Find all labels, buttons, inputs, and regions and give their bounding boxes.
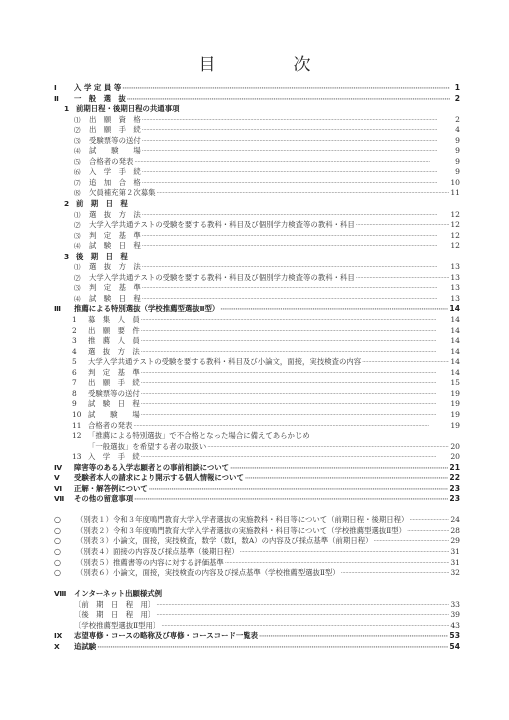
toc-entry[interactable]: 9試 験 日 程19 [54,399,460,410]
toc-entry-page-number: 29 [450,536,460,547]
toc-entry-label: （別表６）小論文，面接，実技検査の内容及び採点基準（学校推薦型選抜Ⅱ型） [76,568,340,579]
circle-bullet-icon: ○ [54,547,76,558]
toc-entry-number: 5 [72,357,88,368]
toc-entry[interactable]: ⑸合格者の発表9 [54,157,460,168]
toc-entry-label: 大学入学共通テストの受験を要する教科・科目及び個別学力検査等の教科・科目 [89,220,355,231]
toc-entry[interactable]: 〔前 期 日 程 用〕33 [54,600,460,611]
toc-entry-number: 9 [72,399,88,410]
circle-bullet-icon: ○ [54,515,76,526]
circle-bullet-icon: ○ [54,536,76,547]
toc-entry-label: 判 定 基 準 [89,231,141,242]
toc-entry-page-number: 9 [451,167,460,178]
toc-entry-label: 試 験 日 程 [89,294,141,305]
toc-entry-number: 8 [72,389,88,400]
toc-entry-number: Ⅹ [54,642,74,653]
toc-entry[interactable]: ⑴選 抜 方 法12 [54,210,460,221]
toc-entry-page-number: 20 [450,452,460,463]
toc-entry[interactable]: ⑶判 定 基 準12 [54,231,460,242]
toc-entry-page-number: 43 [450,621,460,632]
toc-entry-page-number: 14 [450,357,460,368]
toc-entry[interactable]: 2出 願 要 件14 [54,326,460,337]
toc-entry-number: Ⅵ [54,484,74,495]
toc-entry[interactable]: 5大学入学共通テストの受験を要する教科・科目及び小論文，面接，実技検査の内容14 [54,357,460,368]
toc-entry[interactable]: Ⅰ入 学 定 員 等1 [54,83,460,94]
toc-entry-page-number: 54 [449,642,460,653]
toc-entry[interactable]: 〔後 期 日 程 用〕39 [54,610,460,621]
toc-entry-number: Ⅷ [54,589,74,600]
toc-entry-page-number: 23 [449,484,460,495]
toc-entry[interactable]: ○（別表２）令和３年度鳴門教育大学入学者選抜の実施教科・科目等について（学校推薦… [54,526,460,537]
toc-entry-label: 募 集 人 員 [88,315,140,326]
title-char-1: 目 [199,50,216,75]
toc-entry-page-number: 4 [451,125,460,136]
toc-entry-label: （別表２）令和３年度鳴門教育大学入学者選抜の実施教科・科目等について（学校推薦型… [76,526,406,537]
toc-entry[interactable]: ⑶受験票等の送付9 [54,136,460,147]
toc-entry-page-number: 32 [450,568,460,579]
toc-entry-label: 合格者の発表 [89,157,133,168]
toc-entry-number: 1 [72,315,88,326]
toc-entry[interactable]: ○（別表３）小論文，面接，実技検査，数学（数Ⅰ，数A）の内容及び採点基準（前期日… [54,536,460,547]
toc-entry[interactable]: 1前期日程・後期日程の共通事項 [54,104,460,115]
toc-entry-number: 10 [72,410,88,421]
toc-entry-page-number: 22 [449,473,460,484]
toc-entry[interactable]: 12「推薦による特別選抜」で不合格となった場合に備えてあらかじめ [54,431,460,442]
toc-entry-label: 正解・解答例について [74,484,148,495]
toc-entry-label: 選 抜 方 法 [88,347,140,358]
toc-entry-label: 大学入学共通テストの受験を要する教科・科目及び小論文，面接，実技検査の内容 [88,357,361,368]
toc-entry-label: 前 期 日 程 [76,199,128,210]
toc-entry-number: Ⅰ [54,83,74,94]
toc-entry-label: 出 願 資 格 [89,115,141,126]
toc-entry-label: 試 験 日 程 [88,399,140,410]
dot-leader [97,643,448,654]
toc-entry[interactable]: Ⅳ障害等のある入学志願者との事前相談について21 [54,463,460,474]
toc-entry-number: Ⅲ [54,304,74,315]
toc-entry-page-number: 21 [449,463,460,474]
toc-entry[interactable]: 3後 期 日 程 [54,252,460,263]
toc-entry-label: 試 験 場 [88,410,140,421]
toc-entry[interactable]: Ⅴ受験者本人の請求により開示する個人情報について22 [54,473,460,484]
toc-entry-label: 出 願 要 件 [88,326,140,337]
toc-entry-number: ⑸ [74,157,89,168]
toc-entry[interactable]: Ⅹ追試験54 [54,642,460,653]
toc-entry[interactable]: 13入 学 手 続20 [54,452,460,463]
toc-entry-number: ⑵ [74,273,89,284]
toc-entry[interactable]: ⑺追 加 合 格10 [54,178,460,189]
toc-entry[interactable]: ○（別表１）令和３年度鳴門教育大学入学者選抜の実施教科・科目等について（前期日程… [54,515,460,526]
toc-entry-number: ⑴ [74,115,89,126]
toc-entry-label: （別表３）小論文，面接，実技検査，数学（数Ⅰ，数A）の内容及び採点基準（前期日程… [76,536,373,547]
toc-entry-label: 〔学校推薦型選抜Ⅱ型用〕 [74,621,160,632]
toc-entry-page-number: 2 [451,94,460,105]
toc-entry[interactable]: ⑹入 学 手 続9 [54,167,460,178]
toc-entry-page-number: 9 [451,146,460,157]
toc-entry-number: 2 [64,199,76,210]
toc-entry-page-number: 13 [450,294,460,305]
toc-entry-label: 一 般 選 抜 [74,94,126,105]
toc-entry-page-number: 12 [450,231,460,242]
toc-entry[interactable]: 3推 薦 人 員14 [54,336,460,347]
toc-entry[interactable]: Ⅱ一 般 選 抜2 [54,94,460,105]
toc-entry[interactable]: 〔学校推薦型選抜Ⅱ型用〕43 [54,621,460,632]
toc-entry-page-number: 28 [450,526,460,537]
toc-entry-label: 推薦による特別選抜（学校推薦型選抜Ⅱ型） [74,304,219,315]
toc-entry-page-number: 14 [450,336,460,347]
toc-entry-page-number: 24 [450,515,460,526]
toc-entry-number: Ⅸ [54,631,74,642]
toc-entry-page-number: 14 [449,304,460,315]
toc-entry-number: 2 [72,326,88,337]
toc-entry-number: ⑺ [74,178,89,189]
toc-entry-page-number: 13 [450,262,460,273]
toc-entry-page-number: 33 [450,600,460,611]
toc-entry-number: ⑶ [74,231,89,242]
toc-entry-number: 1 [64,104,76,115]
toc-entry-label: 受験票等の送付 [89,136,141,147]
toc-entry-page-number: 13 [450,283,460,294]
toc-entry-number: Ⅳ [54,463,74,474]
toc-entry-page-number: 12 [450,241,460,252]
toc-entry-label: 試 験 場 [89,146,141,157]
toc-entry-page-number: 11 [450,188,460,199]
toc-entry-number: ⑶ [74,136,89,147]
toc-entry[interactable]: ⑻欠員補充第２次募集11 [54,188,460,199]
toc-entry-label: 欠員補充第２次募集 [89,188,156,199]
toc-entry-number: 11 [72,421,88,432]
toc-entry-page-number: 12 [450,210,460,221]
dot-leader [134,495,448,506]
toc-entry[interactable]: ⑷試 験 場9 [54,146,460,157]
toc-entry-number: 13 [72,452,88,463]
toc-entry[interactable]: ⑵大学入学共通テストの受験を要する教科・科目及び個別学力検査等の教科・科目12 [54,220,460,231]
toc-entry-label: 判 定 基 準 [88,368,140,379]
toc-entry-number: Ⅴ [54,473,74,484]
toc-entry-number: ⑻ [74,188,89,199]
toc-entry-label: 合格者の発表 [88,421,132,432]
toc-entry-label: 前期日程・後期日程の共通事項 [76,104,179,115]
toc-entry-label: 追試験 [74,642,96,653]
toc-entry-label: 出 願 手 続 [88,378,140,389]
toc-entry-page-number: 2 [451,115,460,126]
toc-entry-label: 志望専修・コースの略称及び専修・コースコード一覧表 [74,631,258,642]
toc-entry-label: 入 学 手 続 [89,167,141,178]
toc-entry-label: （別表５）推薦書等の内容に対する評価基準 [76,558,224,569]
toc-entry-page-number: 19 [450,399,460,410]
toc-entry-label: 〔前 期 日 程 用〕 [74,600,155,611]
toc-entry-page-number: 31 [450,558,460,569]
toc-entry-label: 後 期 日 程 [76,252,128,263]
toc-entry[interactable]: ⑵大学入学共通テストの受験を要する教科・科目及び個別学力検査等の教科・科目13 [54,273,460,284]
toc-entry-label: その他の留意事項 [74,494,133,505]
toc-entry-label: 判 定 基 準 [89,283,141,294]
toc-entry-label: 試 験 日 程 [89,241,141,252]
toc-entry-page-number: 13 [450,273,460,284]
toc-entry-label: （別表１）令和３年度鳴門教育大学入学者選抜の実施教科・科目等について（前期日程・… [76,515,408,526]
section-gap [54,505,460,516]
toc-entry-page-number: 19 [450,410,460,421]
circle-bullet-icon: ○ [54,558,76,569]
toc-entry[interactable]: Ⅸ志望専修・コースの略称及び専修・コースコード一覧表53 [54,631,460,642]
toc-entry-number: ⑷ [74,146,89,157]
toc-entry-label: 選 抜 方 法 [89,262,141,273]
toc-entry-page-number: 9 [451,157,460,168]
toc-entry-page-number: 53 [449,631,460,642]
toc-entry-number: ⑴ [74,210,89,221]
toc-entry-page-number: 10 [450,178,460,189]
toc-entry[interactable]: 1募 集 人 員14 [54,315,460,326]
toc-entry-page-number: 19 [450,389,460,400]
toc-entry-page-number: 1 [451,83,460,94]
toc-entry-page-number: 12 [450,220,460,231]
toc-entry[interactable]: ○（別表６）小論文，面接，実技検査の内容及び採点基準（学校推薦型選抜Ⅱ型）32 [54,568,460,579]
toc-entry-label: 推 薦 人 員 [88,336,140,347]
toc-entry-page-number: 31 [450,547,460,558]
toc-entry[interactable]: Ⅵ正解・解答例について23 [54,484,460,495]
toc-entry-number: Ⅶ [54,494,74,505]
toc-entry-number: 4 [72,347,88,358]
toc-entry-label: 「一般選抜」を希望する者の取扱い [88,442,206,453]
toc-entry-page-number: 19 [450,421,460,432]
toc-entry-page-number: 23 [449,494,460,505]
toc-entry-number: 12 [72,431,88,442]
toc-entry-number: ⑷ [74,241,89,252]
toc-entry-number: 7 [72,378,88,389]
toc-entry-number: ⑵ [74,125,89,136]
toc-entry-label: 受験者本人の請求により開示する個人情報について [74,473,244,484]
toc-entry-label: 出 願 手 続 [89,125,141,136]
toc-entry[interactable]: Ⅶその他の留意事項23 [54,494,460,505]
toc-entry[interactable]: ⑴出 願 資 格2 [54,115,460,126]
toc-entry[interactable]: ⑴選 抜 方 法13 [54,262,460,273]
toc-entry-page-number: 14 [450,315,460,326]
toc-entry-page-number: 14 [450,326,460,337]
toc-entry-page-number: 15 [450,378,460,389]
toc-entry-number: 6 [72,368,88,379]
table-of-contents: Ⅰ入 学 定 員 等1Ⅱ一 般 選 抜21前期日程・後期日程の共通事項⑴出 願 … [54,83,460,652]
toc-entry[interactable]: Ⅲ推薦による特別選抜（学校推薦型選抜Ⅱ型）14 [54,304,460,315]
toc-entry-label: 追 加 合 格 [89,178,141,189]
dot-leader [341,569,450,580]
toc-entry-page-number: 14 [450,368,460,379]
toc-entry[interactable]: ○（別表５）推薦書等の内容に対する評価基準31 [54,558,460,569]
toc-entry[interactable]: 6判 定 基 準14 [54,368,460,379]
toc-entry-number: 3 [64,252,76,263]
toc-entry[interactable]: ⑷試 験 日 程12 [54,241,460,252]
toc-entry-number: 3 [72,336,88,347]
toc-entry[interactable]: 11合格者の発表19 [54,421,460,432]
toc-entry-label: 選 抜 方 法 [89,210,141,221]
circle-bullet-icon: ○ [54,568,76,579]
circle-bullet-icon: ○ [54,526,76,537]
toc-entry-number: ⑶ [74,283,89,294]
toc-entry-label: 大学入学共通テストの受験を要する教科・科目及び個別学力検査等の教科・科目 [89,273,355,284]
toc-entry[interactable]: ⑶判 定 基 準13 [54,283,460,294]
toc-entry-page-number: 39 [450,610,460,621]
page-title: 目次 [0,50,509,75]
toc-entry-number: Ⅱ [54,94,74,105]
toc-entry[interactable]: 10試 験 場19 [54,410,460,421]
toc-entry-page-number: 9 [451,136,460,147]
toc-entry-label: インターネット出願様式例 [74,589,162,600]
toc-entry[interactable]: 4選 抜 方 法14 [54,347,460,358]
toc-entry[interactable]: 2前 期 日 程 [54,199,460,210]
toc-entry-label: 障害等のある入学志願者との事前相談について [74,463,229,474]
toc-entry[interactable]: ⑷試 験 日 程13 [54,294,460,305]
section-gap [54,579,460,590]
toc-entry-label: 入 学 定 員 等 [74,83,121,94]
title-char-2: 次 [294,50,311,75]
toc-entry-number: ⑹ [74,167,89,178]
toc-entry[interactable]: 「一般選抜」を希望する者の取扱い20 [54,442,460,453]
toc-entry-label: 入 学 手 続 [88,452,140,463]
toc-entry-page-number: 20 [450,442,460,453]
toc-entry-label: 「推薦による特別選抜」で不合格となった場合に備えてあらかじめ [88,431,310,442]
toc-entry-label: （別表４）面接の内容及び採点基準（後期日程） [76,547,239,558]
toc-entry[interactable]: Ⅷインターネット出願様式例 [54,589,460,600]
toc-entry[interactable]: 8受験票等の送付19 [54,389,460,400]
toc-entry[interactable]: ○（別表４）面接の内容及び採点基準（後期日程）31 [54,547,460,558]
toc-entry-number: ⑴ [74,262,89,273]
toc-entry-label: 〔後 期 日 程 用〕 [74,610,155,621]
toc-entry-label: 受験票等の送付 [88,389,140,400]
toc-entry-number: ⑷ [74,294,89,305]
toc-entry-number: ⑵ [74,220,89,231]
toc-entry[interactable]: 7出 願 手 続15 [54,378,460,389]
toc-entry[interactable]: ⑵出 願 手 続4 [54,125,460,136]
toc-entry-page-number: 14 [450,347,460,358]
